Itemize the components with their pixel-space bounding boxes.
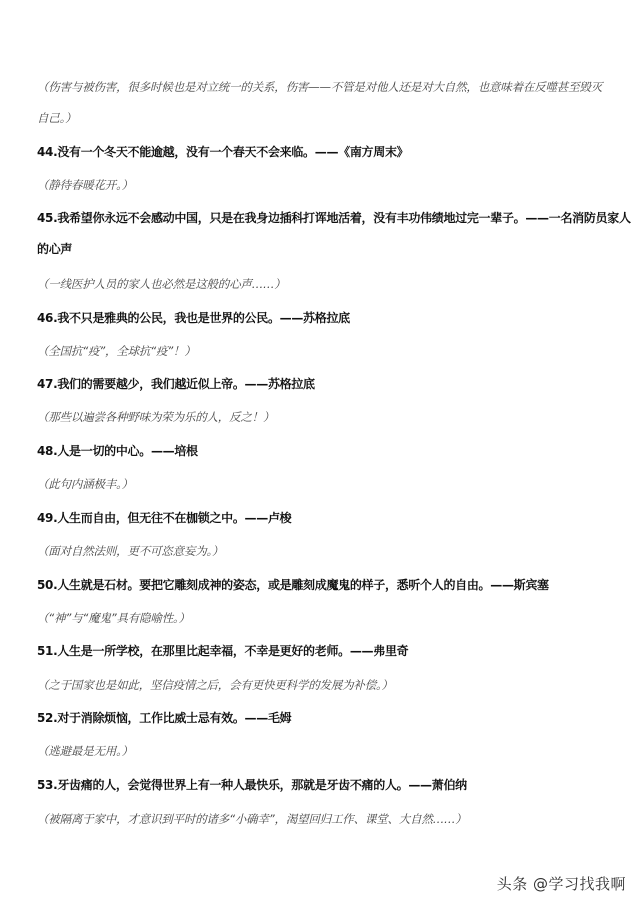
commentary-line: （静待春暖花开。） bbox=[37, 177, 133, 193]
commentary-line: （之于国家也是如此，坚信疫情之后，会有更快更科学的发展为补偿。） bbox=[37, 677, 393, 693]
commentary-line: （一线医护人员的家人也必然是这般的心声……） bbox=[37, 276, 286, 292]
commentary-line: （逃避最是无用。） bbox=[37, 743, 133, 759]
watermark: 头条 @学习找我啊 bbox=[497, 873, 626, 894]
quote-line: 45.我希望你永远不会感动中国，只是在我身边插科打诨地活着，没有丰功伟绩地过完一… bbox=[37, 210, 631, 226]
quote-line: 53.牙齿痛的人，会觉得世界上有一种人最快乐，那就是牙齿不痛的人。——萧伯纳 bbox=[37, 777, 467, 793]
commentary-line: （全国抗“疫”，全球抗“疫”！） bbox=[37, 343, 196, 359]
quote-line: 47.我们的需要越少，我们越近似上帝。——苏格拉底 bbox=[37, 376, 315, 392]
quote-line: 49.人生而自由，但无往不在枷锁之中。——卢梭 bbox=[37, 510, 291, 526]
quote-line: 46.我不只是雅典的公民，我也是世界的公民。——苏格拉底 bbox=[37, 310, 350, 326]
commentary-line: （面对自然法则，更不可恣意妄为。） bbox=[37, 543, 223, 559]
quote-line: 44.没有一个冬天不能逾越，没有一个春天不会来临。——《南方周末》 bbox=[37, 144, 408, 160]
commentary-line: （此句内涵极丰。） bbox=[37, 476, 133, 492]
quote-line: 50.人生就是石材。要把它雕刻成神的姿态，或是雕刻成魔鬼的样子，悉听个人的自由。… bbox=[37, 577, 549, 593]
quote-line: 52.对于消除烦恼，工作比威士忌有效。——毛姆 bbox=[37, 710, 291, 726]
commentary-line: （那些以遍尝各种野味为荣为乐的人，反之！） bbox=[37, 409, 274, 425]
commentary-line: 自己。） bbox=[37, 110, 76, 126]
quote-line: 48.人是一切的中心。——培根 bbox=[37, 443, 198, 459]
commentary-line: （被隔离于家中，才意识到平时的诸多“小确幸”，渴望回归工作、课堂、大自然……） bbox=[37, 811, 467, 827]
quote-line: 51.人生是一所学校，在那里比起幸福，不幸是更好的老师。——弗里奇 bbox=[37, 643, 408, 659]
commentary-line: （伤害与被伤害，很多时候也是对立统一的关系，伤害——不管是对他人还是对大自然，也… bbox=[37, 79, 602, 95]
commentary-line: （“神”与“魔鬼”具有隐喻性。） bbox=[37, 610, 190, 626]
quote-line: 的心声 bbox=[37, 241, 72, 257]
